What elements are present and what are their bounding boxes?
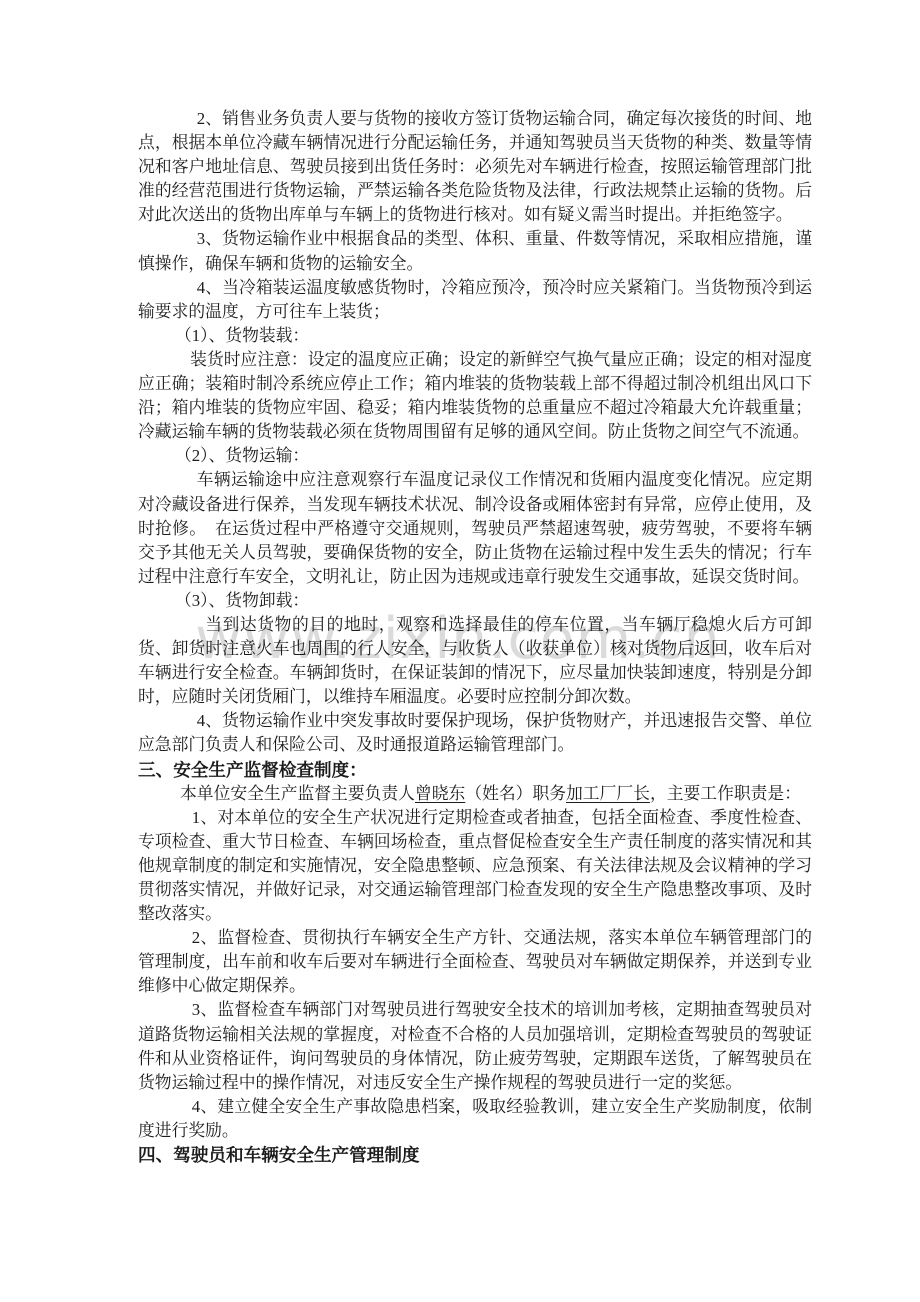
text-run: 2、销售业务负责人要与货物的接收方签订货物运输合同，确定每次接货的时间、地点，根…	[138, 109, 812, 224]
text-run: 装货时应注意：设定的温度应正确；设定的新鲜空气换气量应正确；设定的相对湿度应正确…	[138, 350, 812, 441]
text-run: 车辆运输途中应注意观察行车温度记录仪工作情况和货厢内温度变化情况。应定期对冷藏设…	[138, 470, 812, 585]
underlined-text-run: 加工厂厂长	[566, 784, 650, 803]
text-run: （2）、货物运输：	[175, 446, 309, 465]
paragraph: 装货时应注意：设定的温度应正确；设定的新鲜空气换气量应正确；设定的相对湿度应正确…	[138, 348, 812, 444]
paragraph: 3、监督检查车辆部门对驾驶员进行驾驶安全技术的培训加考核，定期抽查驾驶员对道路货…	[138, 998, 812, 1094]
text-run: 四、驾驶员和车辆安全生产管理制度	[138, 1145, 420, 1165]
text-run: （1）、货物装载：	[175, 326, 309, 345]
text-run: 当到达货物的目的地时，观察和选择最佳的停车位置，当车辆厅稳熄火后方可卸货、卸货时…	[138, 615, 812, 706]
text-run: 1、对本单位的安全生产状况进行定期检查或者抽查，包括全面检查、季度性检查、专项检…	[138, 808, 812, 923]
paragraph: （2）、货物运输：	[138, 444, 812, 468]
text-run: 4、建立健全安全生产事故隐患档案，吸取经验教训，建立安全生产奖励制度，依制度进行…	[138, 1097, 812, 1140]
section-heading: 三、安全生产监督检查制度：	[138, 758, 812, 782]
text-run: 4、当冷箱装运温度敏感货物时，冷箱应预冷，预冷时应关紧箱门。当货物预冷到运输要求…	[138, 278, 812, 321]
text-run: （3）、货物卸载：	[175, 591, 309, 610]
text-run: 3、货物运输作业中根据食品的类型、体积、重量、件数等情况，采取相应措施，谨慎操作…	[138, 229, 812, 272]
paragraph: 4、建立健全安全生产事故隐患档案，吸取经验教训，建立安全生产奖励制度，依制度进行…	[138, 1095, 812, 1143]
paragraph: 当到达货物的目的地时，观察和选择最佳的停车位置，当车辆厅稳熄火后方可卸货、卸货时…	[138, 613, 812, 709]
document-page: www.zixin.com.cn 2、销售业务负责人要与货物的接收方签订货物运输…	[0, 0, 920, 1302]
paragraph: 2、销售业务负责人要与货物的接收方签订货物运输合同，确定每次接货的时间、地点，根…	[138, 107, 812, 227]
paragraph: （1）、货物装载：	[138, 324, 812, 348]
paragraph: （3）、货物卸载：	[138, 589, 812, 613]
paragraph: 1、对本单位的安全生产状况进行定期检查或者抽查，包括全面检查、季度性检查、专项检…	[138, 806, 812, 926]
document-content: 2、销售业务负责人要与货物的接收方签订货物运输合同，确定每次接货的时间、地点，根…	[138, 107, 812, 1167]
text-run: （姓名）职务	[465, 784, 566, 803]
paragraph: 3、货物运输作业中根据食品的类型、体积、重量、件数等情况，采取相应措施，谨慎操作…	[138, 227, 812, 275]
text-run: 3、监督检查车辆部门对驾驶员进行驾驶安全技术的培训加考核，定期抽查驾驶员对道路货…	[138, 1000, 812, 1091]
paragraph: 2、监督检查、贯彻执行车辆安全生产方针、交通法规，落实本单位车辆管理部门的管理制…	[138, 926, 812, 998]
text-run: 2、监督检查、贯彻执行车辆安全生产方针、交通法规，落实本单位车辆管理部门的管理制…	[138, 928, 812, 995]
paragraph: 4、当冷箱装运温度敏感货物时，冷箱应预冷，预冷时应关紧箱门。当货物预冷到运输要求…	[138, 276, 812, 324]
section-heading: 四、驾驶员和车辆安全生产管理制度	[138, 1143, 812, 1167]
underlined-text-run: 曾晓东	[415, 784, 465, 803]
text-run: ，主要工作职责是：	[650, 784, 801, 803]
paragraph: 本单位安全生产监督主要负责人曾晓东（姓名）职务加工厂厂长，主要工作职责是：	[138, 782, 812, 806]
text-run: 三、安全生产监督检查制度：	[138, 760, 367, 780]
text-run: 本单位安全生产监督主要负责人	[180, 784, 415, 803]
text-run: 4、货物运输作业中突发事故时要保护现场，保护货物财产，并迅速报告交警、单位应急部…	[138, 711, 812, 754]
paragraph: 车辆运输途中应注意观察行车温度记录仪工作情况和货厢内温度变化情况。应定期对冷藏设…	[138, 468, 812, 588]
paragraph: 4、货物运输作业中突发事故时要保护现场，保护货物财产，并迅速报告交警、单位应急部…	[138, 709, 812, 757]
